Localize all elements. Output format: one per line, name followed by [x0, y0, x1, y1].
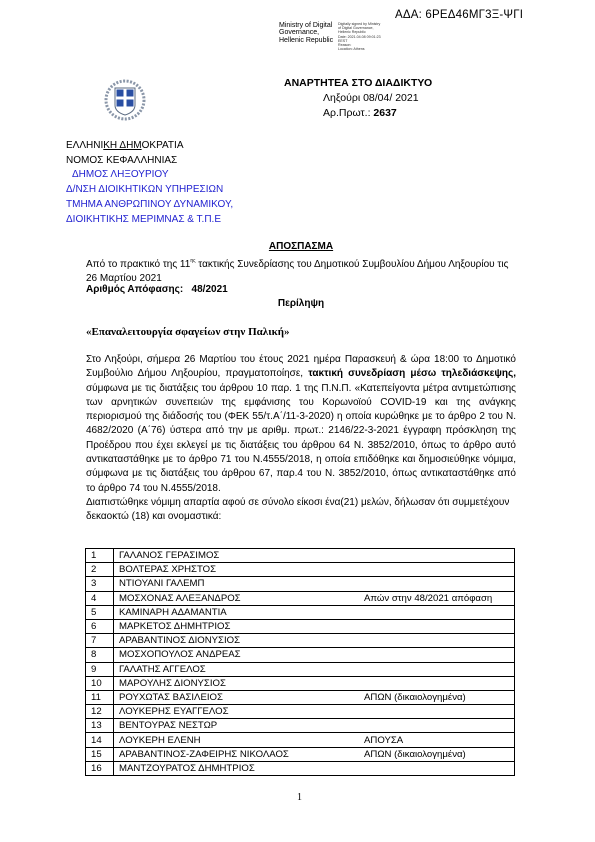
member-name: ΑΡΑΒΑΝΤΙΝΟΣ ΔΙΟΝΥΣΙΟΣ: [114, 634, 360, 648]
document-date: Ληξούρι 08/04/ 2021: [284, 91, 432, 106]
member-num: 4: [86, 591, 114, 605]
table-row: 5ΚΑΜΙΝΑΡΗ ΑΔΑΜΑΝΤΙΑ: [86, 605, 515, 619]
signature-detail-line: Location: Athens: [338, 47, 410, 51]
quorum-text: Διαπιστώθηκε νόμιμη απαρτία αφού σε σύνο…: [86, 496, 516, 525]
page-number: 1: [297, 792, 302, 803]
protocol-label: Αρ.Πρωτ.:: [323, 107, 370, 119]
meeting-paragraph: Στο Ληξούρι, σήμερα 26 Μαρτίου του έτους…: [86, 353, 516, 525]
signature-organization: Ministry of Digital Governance, Hellenic…: [279, 22, 334, 44]
decision-subject: «Επαναλειτουργία σφαγείων στην Παλική»: [86, 325, 516, 339]
member-status: [359, 648, 515, 662]
table-row: 8ΜΟΣΧΟΠΟΥΛΟΣ ΑΝΔΡΕΑΣ: [86, 648, 515, 662]
intro-text: Από το πρακτικό της 11ης τακτικής Συνεδρ…: [86, 254, 516, 287]
authority-municipality: ΔΗΜΟΣ ΛΗΞΟΥΡΙΟΥ: [66, 168, 233, 183]
signature-details: Digitally signed by Ministry of Digital …: [338, 22, 410, 51]
member-num: 15: [86, 747, 114, 761]
member-num: 14: [86, 733, 114, 747]
member-status: [359, 719, 515, 733]
table-row: 7ΑΡΑΒΑΝΤΙΝΟΣ ΔΙΟΝΥΣΙΟΣ: [86, 634, 515, 648]
protocol-number: 2637: [373, 107, 396, 119]
member-num: 5: [86, 605, 114, 619]
member-num: 12: [86, 705, 114, 719]
table-row: 16ΜΑΝΤΖΟΥΡΑΤΟΣ ΔΗΜΗΤΡΙΟΣ: [86, 761, 515, 775]
signature-org-line: Governance,: [279, 29, 334, 36]
ada-identifier: ΑΔΑ: 6ΡΕΔ46ΜΓ3Ξ-ΨΓΙ: [395, 9, 523, 21]
member-name: ΛΟΥΚΕΡΗΣ ΕΥΑΓΓΕΛΟΣ: [114, 705, 360, 719]
authority-department: ΤΜΗΜΑ ΑΝΘΡΩΠΙΝΟΥ ΔΥΝΑΜΙΚΟΥ,: [66, 198, 233, 213]
member-status: [359, 563, 515, 577]
member-status: ΑΠΩΝ (δικαιολογημένα): [359, 747, 515, 761]
member-name: ΜΑΡΚΕΤΟΣ ΔΗΜΗΤΡΙΟΣ: [114, 619, 360, 633]
table-row: 10ΜΑΡΟΥΛΗΣ ΔΙΟΝΥΣΙΟΣ: [86, 676, 515, 690]
member-name: ΒΕΝΤΟΥΡΑΣ ΝΕΣΤΩΡ: [114, 719, 360, 733]
authority-text: ΟΚΡΑΤΙΑ: [142, 140, 184, 151]
member-num: 3: [86, 577, 114, 591]
table-row: 4ΜΟΣΧΟΝΑΣ ΑΛΕΞΑΝΔΡΟΣΑπών στην 48/2021 απ…: [86, 591, 515, 605]
authority-prefecture: ΝΟΜΟΣ ΚΕΦΑΛΛΗΝΙΑΣ: [66, 154, 233, 169]
signature-org-line: Ministry of Digital: [279, 22, 334, 29]
member-num: 1: [86, 549, 114, 563]
table-row: 3ΝΤΙΟΥΑΝΙ ΓΑΛΕΜΠ: [86, 577, 515, 591]
table-row: 14ΛΟΥΚΕΡΗ ΕΛΕΝΗ ΑΠΟΥΣΑ: [86, 733, 515, 747]
member-status: [359, 619, 515, 633]
member-name: ΑΡΑΒΑΝΤΙΝΟΣ-ΖΑΦΕΙΡΗΣ ΝΙΚΟΛΑΟΣ: [114, 747, 360, 761]
posting-notice: ΑΝΑΡΤΗΤΕΑ ΣΤΟ ΔΙΑΔΙΚΤΥΟ: [284, 76, 432, 91]
member-status: [359, 705, 515, 719]
table-row: 11ΡΟΥΧΩΤΑΣ ΒΑΣΙΛΕΙΟΣΑΠΩΝ (δικαιολογημένα…: [86, 690, 515, 704]
member-name: ΚΑΜΙΝΑΡΗ ΑΔΑΜΑΝΤΙΑ: [114, 605, 360, 619]
decision-number: 48/2021: [192, 284, 228, 295]
member-name: ΡΟΥΧΩΤΑΣ ΒΑΣΙΛΕΙΟΣ: [114, 690, 360, 704]
table-row: 2ΒΟΛΤΕΡΑΣ ΧΡΗΣΤΟΣ: [86, 563, 515, 577]
table-row: 9ΓΑΛΑΤΗΣ ΑΓΓΕΛΟΣ: [86, 662, 515, 676]
table-row: 15ΑΡΑΒΑΝΤΙΝΟΣ-ΖΑΦΕΙΡΗΣ ΝΙΚΟΛΑΟΣΑΠΩΝ (δικ…: [86, 747, 515, 761]
summary-heading: Περίληψη: [86, 297, 516, 311]
member-status: [359, 577, 515, 591]
member-num: 10: [86, 676, 114, 690]
member-name: ΒΟΛΤΕΡΑΣ ΧΡΗΣΤΟΣ: [114, 563, 360, 577]
member-num: 8: [86, 648, 114, 662]
member-name: ΓΑΛΑΝΟΣ ΓΕΡΑΣΙΜΟΣ: [114, 549, 360, 563]
signature-org-line: Hellenic Republic: [279, 37, 334, 44]
member-status: [359, 676, 515, 690]
member-name: ΜΑΡΟΥΛΗΣ ΔΙΟΝΥΣΙΟΣ: [114, 676, 360, 690]
members-table: 1ΓΑΛΑΝΟΣ ΓΕΡΑΣΙΜΟΣ2ΒΟΛΤΕΡΑΣ ΧΡΗΣΤΟΣ3ΝΤΙΟ…: [85, 548, 515, 776]
member-num: 11: [86, 690, 114, 704]
member-name: ΜΟΣΧΟΠΟΥΛΟΣ ΑΝΔΡΕΑΣ: [114, 648, 360, 662]
protocol-line: Αρ.Πρωτ.: 2637: [284, 106, 432, 121]
member-name: ΛΟΥΚΕΡΗ ΕΛΕΝΗ: [114, 733, 360, 747]
member-status: ΑΠΩΝ (δικαιολογημένα): [359, 690, 515, 704]
member-name: ΓΑΛΑΤΗΣ ΑΓΓΕΛΟΣ: [114, 662, 360, 676]
members-table-body: 1ΓΑΛΑΝΟΣ ΓΕΡΑΣΙΜΟΣ2ΒΟΛΤΕΡΑΣ ΧΡΗΣΤΟΣ3ΝΤΙΟ…: [86, 549, 515, 776]
member-num: 16: [86, 761, 114, 775]
member-name: ΜΑΝΤΖΟΥΡΑΤΟΣ ΔΗΜΗΤΡΙΟΣ: [114, 761, 360, 775]
greek-coat-of-arms-icon: [104, 79, 146, 121]
member-status: [359, 761, 515, 775]
decision-number-line: Αριθμός Απόφασης: 48/2021: [86, 283, 516, 297]
member-num: 6: [86, 619, 114, 633]
authority-text-underlined: ΚΗ ΔΗΜ: [103, 140, 141, 151]
table-row: 6ΜΑΡΚΕΤΟΣ ΔΗΜΗΤΡΙΟΣ: [86, 619, 515, 633]
member-status: [359, 549, 515, 563]
member-name: ΝΤΙΟΥΑΝΙ ΓΑΛΕΜΠ: [114, 577, 360, 591]
issuing-authority: ΕΛΛΗΝΙΚΗ ΔΗΜΟΚΡΑΤΙΑ ΝΟΜΟΣ ΚΕΦΑΛΛΗΝΙΑΣ ΔΗ…: [66, 139, 233, 227]
intro-text-part: Από το πρακτικό της 11: [86, 259, 190, 270]
decision-label: Αριθμός Απόφασης:: [86, 284, 183, 295]
excerpt-title: ΑΠΟΣΠΑΣΜΑ: [86, 240, 516, 254]
document-header: ΑΝΑΡΤΗΤΕΑ ΣΤΟ ΔΙΑΔΙΚΤΥΟ Ληξούρι 08/04/ 2…: [284, 76, 432, 121]
authority-text: ΕΛΛΗΝΙ: [66, 140, 103, 151]
table-row: 13ΒΕΝΤΟΥΡΑΣ ΝΕΣΤΩΡ: [86, 719, 515, 733]
paragraph-text-bold: τακτική συνεδρίαση μέσω τηλεδιάσκεψης,: [308, 368, 516, 379]
member-status: Απών στην 48/2021 απόφαση: [359, 591, 515, 605]
authority-directorate: Δ/ΝΣΗ ΔΙΟΙΚΗΤΙΚΩΝ ΥΠΗΡΕΣΙΩΝ: [66, 183, 233, 198]
member-status: [359, 634, 515, 648]
paragraph-text: σύμφωνα με τις διατάξεις του άρθρου 10 π…: [86, 383, 516, 494]
member-status: ΑΠΟΥΣΑ: [359, 733, 515, 747]
member-num: 7: [86, 634, 114, 648]
member-num: 2: [86, 563, 114, 577]
member-num: 9: [86, 662, 114, 676]
table-row: 1ΓΑΛΑΝΟΣ ΓΕΡΑΣΙΜΟΣ: [86, 549, 515, 563]
authority-country: ΕΛΛΗΝΙΚΗ ΔΗΜΟΚΡΑΤΙΑ: [66, 139, 233, 154]
authority-department-cont: ΔΙΟΙΚΗΤΙΚΗΣ ΜΕΡΙΜΝΑΣ & Τ.Π.Ε: [66, 213, 233, 228]
member-name: ΜΟΣΧΟΝΑΣ ΑΛΕΞΑΝΔΡΟΣ: [114, 591, 360, 605]
member-status: [359, 605, 515, 619]
member-num: 13: [86, 719, 114, 733]
table-row: 12ΛΟΥΚΕΡΗΣ ΕΥΑΓΓΕΛΟΣ: [86, 705, 515, 719]
member-status: [359, 662, 515, 676]
